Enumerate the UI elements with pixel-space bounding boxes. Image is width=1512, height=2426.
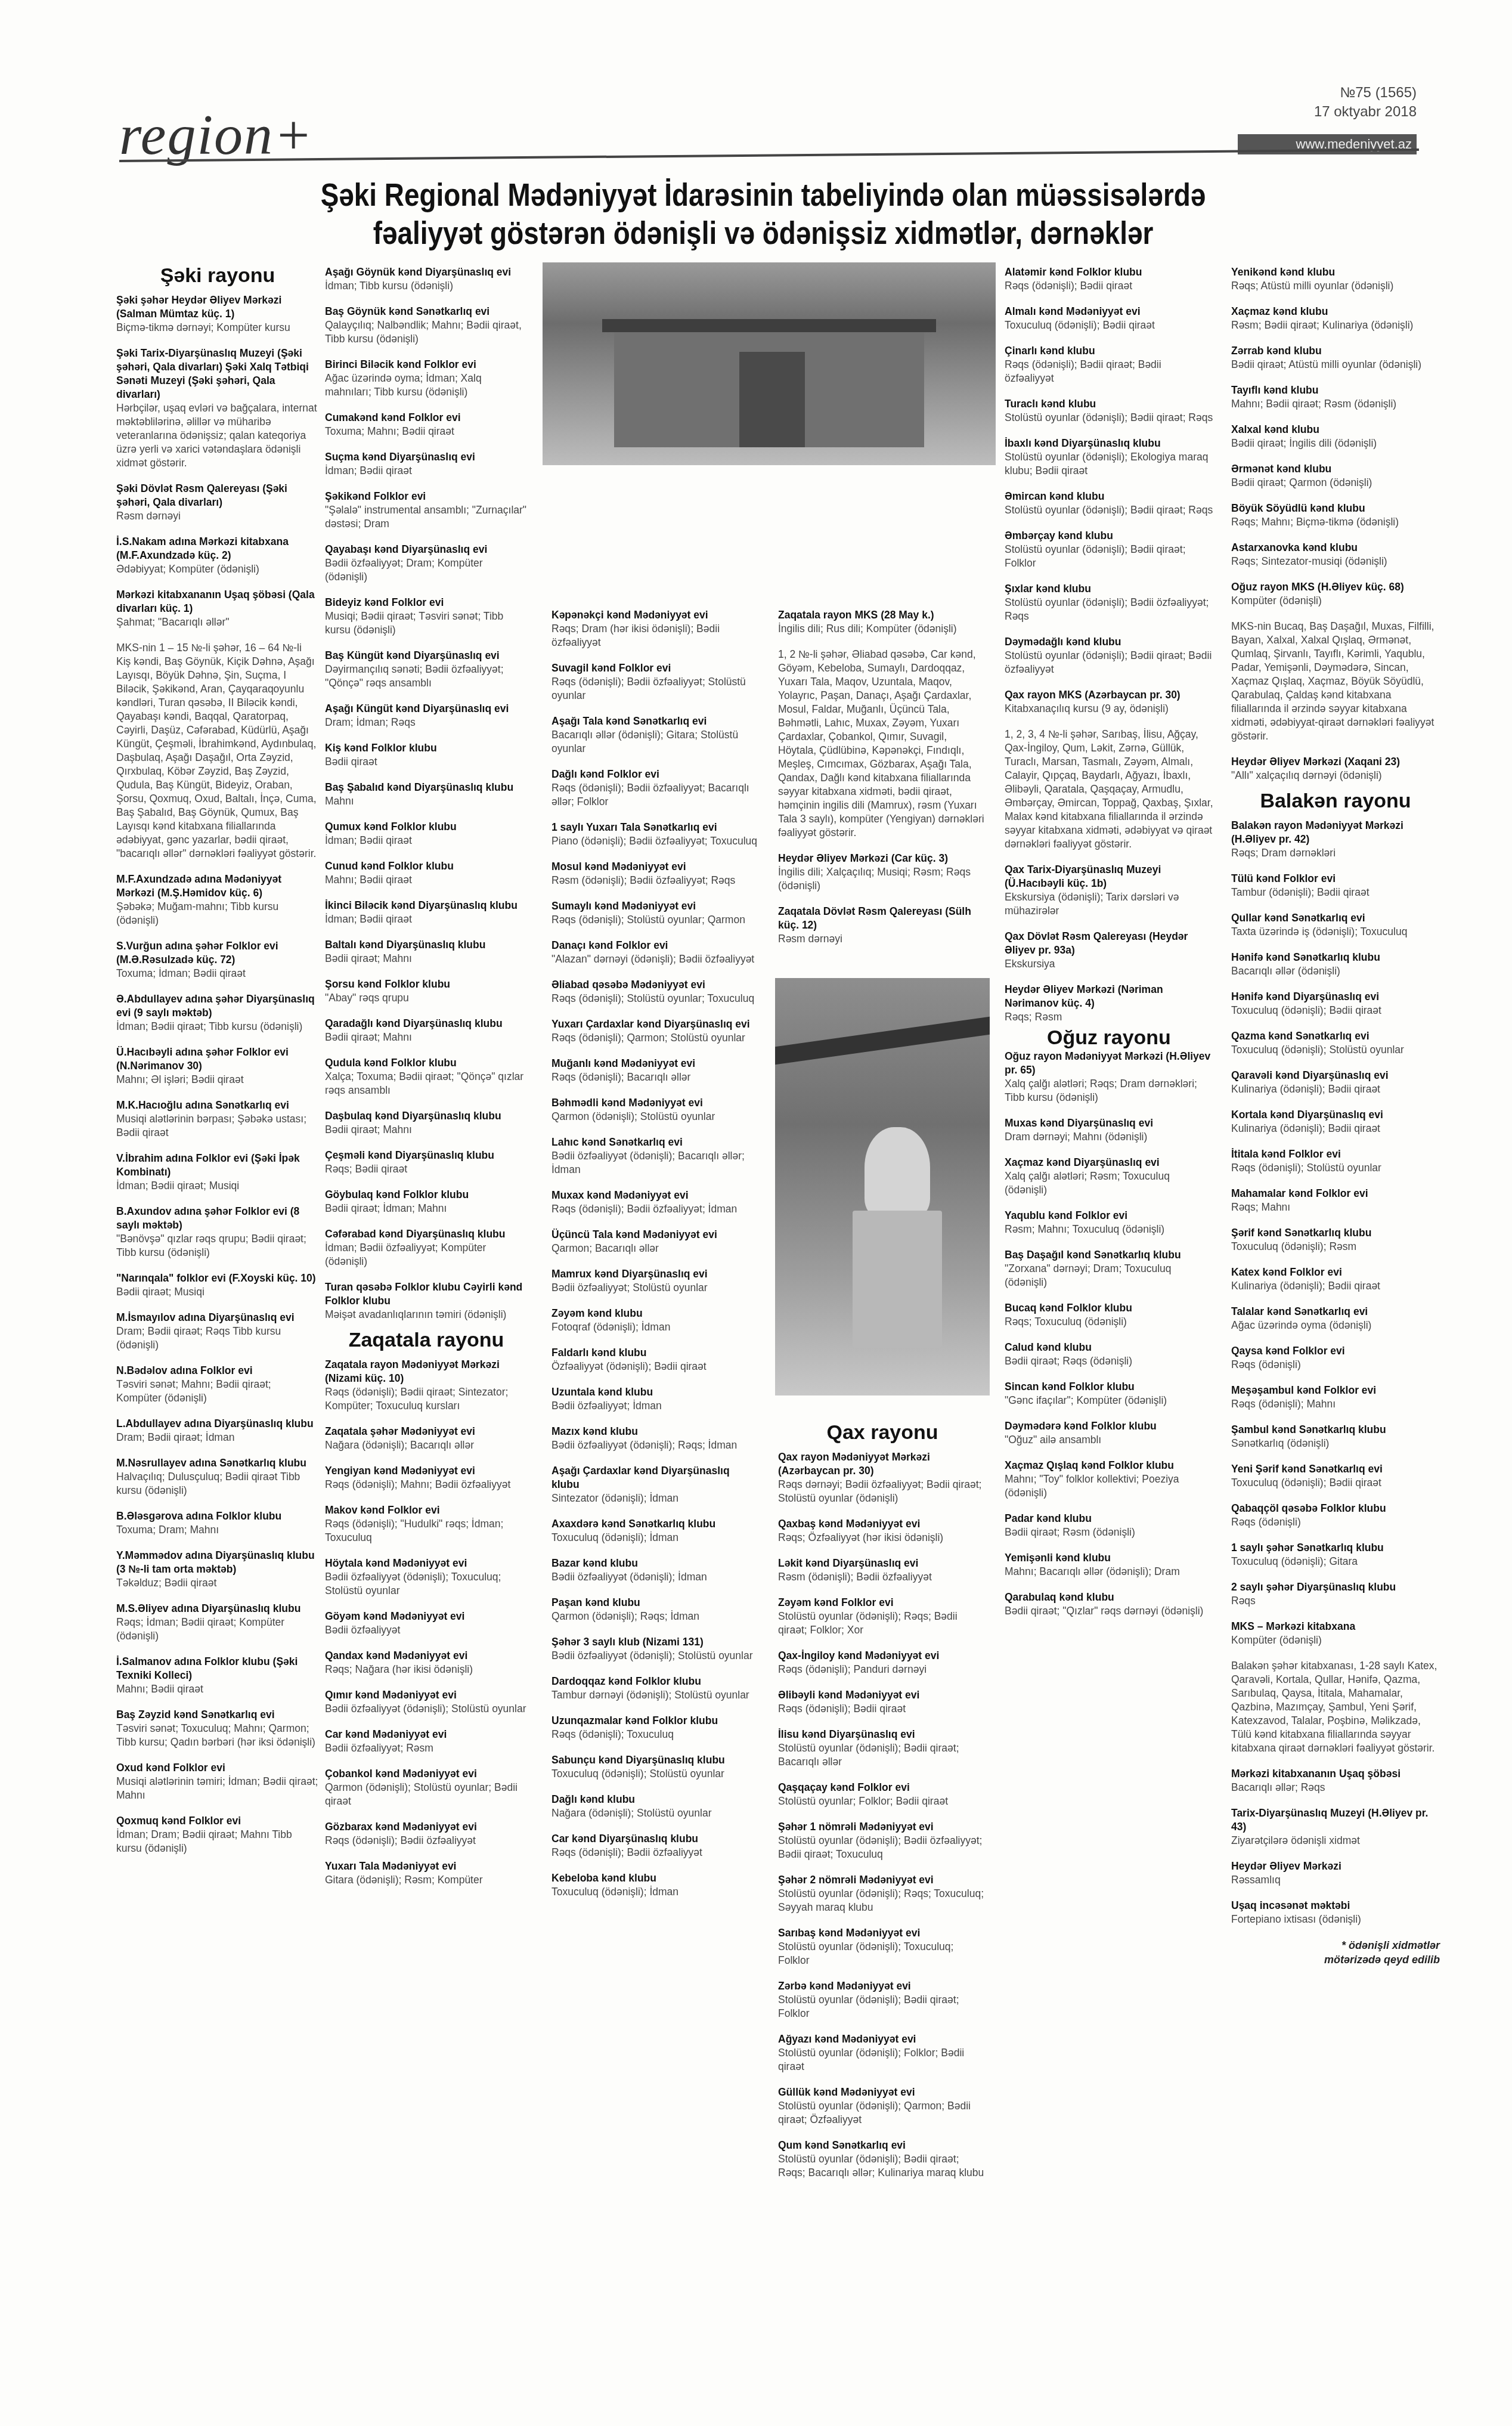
services-list: Rəqs (ödənişli); Stolüstü oyunlar; Toxuc… (551, 992, 760, 1005)
entry-list: Heydər Əliyev Mərkəzi (Xaqani 23)"Allı" … (1231, 755, 1440, 782)
list-item: Xaçmaz Qışlaq kənd Folklor klubuMahnı; "… (1005, 1459, 1213, 1500)
services-list: Təsviri sənət; Toxuculuq; Mahnı; Qarmon;… (116, 1722, 319, 1749)
bust-monument-photo (775, 978, 990, 1395)
list-item: Tayıflı kənd klubuMahnı; Bədii qiraət; R… (1231, 383, 1440, 411)
list-item: 1 saylı Yuxarı Tala Sənətkarlıq eviPiano… (551, 821, 760, 848)
institution-name: Kəpənəkçi kənd Mədəniyyət evi (551, 608, 760, 622)
institution-name: Şəhər 3 saylı klub (Nizami 131) (551, 1635, 760, 1649)
institution-name: Qazma kənd Sənətkarlıq evi (1231, 1029, 1440, 1043)
services-list: Rəqs (ödənişli); Stolüstü oyunlar; Qarmo… (551, 913, 760, 927)
services-list: Rəqs; Atüstü milli oyunlar (ödənişli) (1231, 279, 1440, 293)
institution-name: Daşbulaq kənd Diyarşünaslıq klubu (325, 1109, 528, 1123)
list-item: Ləkit kənd Diyarşünaslıq eviRəsm (ödəniş… (778, 1557, 987, 1584)
list-item: S.Vurğun adına şəhər Folklor evi (M.Ə.Rə… (116, 939, 319, 980)
title-line-2: fəaliyyət göstərən ödənişli və ödənişsiz… (267, 214, 1260, 252)
library-branches-paragraph: MKS-nin Bucaq, Baş Daşağıl, Muxas, Filfi… (1231, 620, 1440, 743)
institution-name: Şəhər 2 nömrəli Mədəniyyət evi (778, 1873, 987, 1887)
services-list: İdman; Bədii qiraət (325, 464, 528, 478)
list-item: Faldarlı kənd klubuÖzfəaliyyət (ödənişli… (551, 1346, 760, 1373)
institution-name: Birinci Biləcik kənd Folklor evi (325, 358, 528, 372)
services-list: Stolüstü oyunlar (ödənişli); Qarmon; Bəd… (778, 2099, 987, 2127)
institution-name: Qabaqçöl qəsəbə Folklor klubu (1231, 1502, 1440, 1515)
services-list: Rəqs; Dram dərnəkləri (1231, 846, 1440, 860)
services-list: Rəqs (ödənişli); Toxuculuq (551, 1728, 760, 1741)
services-list: Stolüstü oyunlar (ödənişli); Bədii qiraə… (1005, 411, 1213, 425)
list-item: Sabunçu kənd Diyarşünaslıq klubuToxuculu… (551, 1753, 760, 1781)
institution-name: Yaqublu kənd Folklor evi (1005, 1209, 1213, 1223)
institution-name: Uşaq incəsənət məktəbi (1231, 1899, 1440, 1913)
institution-name: Əmircan kənd klubu (1005, 490, 1213, 503)
services-list: Təsviri sənət; Mahnı; Bədii qiraət; Komp… (116, 1378, 319, 1405)
list-item: Bəhmədli kənd Mədəniyyət eviQarmon (ödən… (551, 1096, 760, 1124)
services-list: Rəqs (ödənişli); Bədii özfəaliyyət; Stol… (551, 675, 760, 703)
services-list: Toxuculuq (ödənişli); Stolüstü oyunlar (551, 1767, 760, 1781)
institution-name: İbaxlı kənd Diyarşünaslıq klubu (1005, 437, 1213, 450)
institution-name: Əmbərçay kənd klubu (1005, 529, 1213, 543)
list-item: Y.Məmmədov adına Diyarşünaslıq klubu (3 … (116, 1549, 319, 1590)
list-item: Mazıx kənd klubuBədii özfəaliyyət (ödəni… (551, 1425, 760, 1452)
services-list: İdman; Tibb kursu (ödənişli) (325, 279, 528, 293)
list-item: M.F.Axundzadə adına Mədəniyyət Mərkəzi (… (116, 872, 319, 927)
services-list: Dəyirmançılıq sənəti; Bədii özfəaliyyət;… (325, 663, 528, 690)
services-list: Bədii özfəaliyyət; İdman (551, 1399, 760, 1413)
list-item: MKS – Mərkəzi kitabxanaKompüter (ödənişl… (1231, 1620, 1440, 1647)
institution-name: Cunud kənd Folklor klubu (325, 859, 528, 873)
services-list: Stolüstü oyunlar; Folklor; Bədii qiraət (778, 1794, 987, 1808)
column-zaqatala-1: Kəpənəkçi kənd Mədəniyyət eviRəqs; Dram … (551, 608, 760, 1911)
institution-name: Xaçmaz kənd klubu (1231, 305, 1440, 318)
services-list: Qarmon (ödənişli); Stolüstü oyunlar; Bəd… (325, 1781, 528, 1808)
list-item: Əmircan kənd klubuStolüstü oyunlar (ödən… (1005, 490, 1213, 517)
services-list: Bacarıqlı əllər (ödənişli) (1231, 964, 1440, 978)
page-title: Şəki Regional Mədəniyyət İdarəsinin tabe… (267, 176, 1260, 252)
services-list: Bədii qiraət; Rəsm (ödənişli) (1005, 1525, 1213, 1539)
services-list: Məişət avadanlıqlarının təmiri (ödənişli… (325, 1308, 528, 1322)
services-list: Rəqs (ödənişli); Bədii özfəaliyyət; İdma… (551, 1202, 760, 1216)
services-list: Xalq çalğı alətləri; Rəsm; Toxuculuq (öd… (1005, 1169, 1213, 1197)
list-item: Turaclı kənd klubuStolüstü oyunlar (ödən… (1005, 397, 1213, 425)
institution-name: Muxax kənd Mədəniyyət evi (551, 1189, 760, 1202)
institution-name: Dardoqqaz kənd Folklor klubu (551, 1675, 760, 1688)
list-item: Şambul kənd Sənətkarlıq klubuSənətkarlıq… (1231, 1423, 1440, 1450)
services-list: Rəqs (ödənişli); Panduri dərnəyi (778, 1663, 987, 1676)
services-list: "Oğuz" ailə ansamblı (1005, 1433, 1213, 1447)
institution-name: Əliabad qəsəbə Mədəniyyət evi (551, 978, 760, 992)
institution-name: Yenikənd kənd klubu (1231, 265, 1440, 279)
entry-list: Şəki şəhər Heydər Əliyev Mərkəzi (Salman… (116, 293, 319, 629)
institution-name: Qudula kənd Folklor klubu (325, 1056, 528, 1070)
services-list: Bədii qiraət; İdman; Mahnı (325, 1202, 528, 1215)
institution-name: Şəki şəhər Heydər Əliyev Mərkəzi (Salman… (116, 293, 319, 321)
list-item: Baltalı kənd Diyarşünaslıq klubuBədii qi… (325, 938, 528, 966)
services-list: Mahnı; Bədii qiraət (116, 1682, 319, 1696)
list-item: Meşəşambul kənd Folklor eviRəqs (ödənişl… (1231, 1384, 1440, 1411)
services-list: Kulinariya (ödənişli); Bədii qiraət (1231, 1082, 1440, 1096)
masthead: region+ №75 (1565) 17 oktyabr 2018 www.m… (0, 0, 1512, 179)
list-item: Zərrab kənd klubuBədii qiraət; Atüstü mi… (1231, 344, 1440, 372)
list-item: B.Axundov adına şəhər Folklor evi (8 say… (116, 1205, 319, 1260)
institution-name: Oğuz rayon MKS (H.Əliyev küç. 68) (1231, 580, 1440, 594)
list-item: Axaxdərə kənd Sənətkarlıq klubuToxuculuq… (551, 1517, 760, 1545)
institution-name: Mahamalar kənd Folklor evi (1231, 1187, 1440, 1200)
list-item: Bideyiz kənd Folklor eviMusiqi; Bədii qi… (325, 596, 528, 637)
institution-name: Xaçmaz Qışlaq kənd Folklor klubu (1005, 1459, 1213, 1472)
services-list: Tambur (ödənişli); Bədii qiraət (1231, 886, 1440, 899)
list-item: Mahamalar kənd Folklor eviRəqs; Mahnı (1231, 1187, 1440, 1214)
list-item: Heydər Əliyev Mərkəzi (Xaqani 23)"Allı" … (1231, 755, 1440, 782)
services-list: Bədii qiraət; Atüstü milli oyunlar (ödən… (1231, 358, 1440, 372)
list-item: Qax rayon MKS (Azərbaycan pr. 30)Kitabxa… (1005, 688, 1213, 716)
issue-date: 17 oktyabr 2018 (1314, 103, 1417, 122)
list-item: Bazar kənd klubuBədii özfəaliyyət (ödəni… (551, 1557, 760, 1584)
list-item: Sarıbaş kənd Mədəniyyət eviStolüstü oyun… (778, 1926, 987, 1967)
list-item: Mərkəzi kitabxananın Uşaq şöbəsi (Qala d… (116, 588, 319, 629)
list-item: Qaradağlı kənd Diyarşünaslıq klubuBədii … (325, 1017, 528, 1044)
services-list: Mahnı (325, 794, 528, 808)
entry-list: Balakən rayon Mədəniyyət Mərkəzi (H.Əliy… (1231, 819, 1440, 1647)
services-list: Rəssamlıq (1231, 1873, 1440, 1887)
services-list: Bədii qiraət; Rəqs (ödənişli) (1005, 1354, 1213, 1368)
services-list: Rəqs; Nağara (hər ikisi ödənişli) (325, 1663, 528, 1676)
list-item: 2 saylı şəhər Diyarşünaslıq klubuRəqs (1231, 1580, 1440, 1608)
services-list: Rəqs; Mahnı; Biçmə-tikmə (ödənişli) (1231, 515, 1440, 529)
column-oguz-balaken: Yenikənd kənd klubuRəqs; Atüstü milli oy… (1231, 265, 1440, 1967)
institution-name: Aşağı Tala kənd Sənətkarlıq evi (551, 714, 760, 728)
entry-list: Alatəmir kənd Folklor klubuRəqs (ödənişl… (1005, 265, 1213, 716)
institution-name: Heydər Əliyev Mərkəzi (Car küç. 3) (778, 852, 987, 865)
institution-name: Qaşqaçay kənd Folklor evi (778, 1781, 987, 1794)
services-list: Toxuculuq (ödənişli); Bədii qiraət (1005, 318, 1213, 332)
services-list: Sənətkarlıq (ödənişli) (1231, 1437, 1440, 1450)
institution-name: Qaxbaş kənd Mədəniyyət evi (778, 1517, 987, 1531)
services-list: Halvaçılıq; Dulusçuluq; Bədii qiraət Tib… (116, 1470, 319, 1497)
institution-name: Bəhmədli kənd Mədəniyyət evi (551, 1096, 760, 1110)
list-item: Qax rayon Mədəniyyət Mərkəzi (Azərbaycan… (778, 1450, 987, 1505)
institution-name: M.K.Hacıoğlu adına Sənətkarlıq evi (116, 1098, 319, 1112)
list-item: Tarix-Diyarşünaslıq Muzeyi (H.Əliyev pr.… (1231, 1806, 1440, 1848)
services-list: Rəqs (ödənişli); Mahnı (1231, 1397, 1440, 1411)
list-item: Zaqatala rayon Mədəniyyət Mərkəzi (Nizam… (325, 1358, 528, 1413)
institution-name: Katex kənd Folklor evi (1231, 1265, 1440, 1279)
institution-name: Yemişənli kənd klubu (1005, 1551, 1213, 1565)
institution-name: Qımır kənd Mədəniyyət evi (325, 1688, 528, 1702)
services-list: Kitabxanaçılıq kursu (9 ay, ödənişli) (1005, 702, 1213, 716)
services-list: Toxuculuq (ödənişli); Bədii qiraət (1231, 1476, 1440, 1490)
bust-pedestal (853, 1211, 942, 1348)
list-item: Talalar kənd Sənətkarlıq eviAğac üzərind… (1231, 1305, 1440, 1332)
list-item: Qaysa kənd Folklor eviRəqs (ödənişli) (1231, 1344, 1440, 1372)
services-list: Toxuculuq (ödənişli); İdman (551, 1531, 760, 1545)
list-item: Çinarlı kənd klubuRəqs (ödənişli); Bədii… (1005, 344, 1213, 385)
list-item: Mərkəzi kitabxananın Uşaq şöbəsiBacarıql… (1231, 1767, 1440, 1794)
services-list: Rəsm; Bədii qiraət; Kulinariya (ödənişli… (1231, 318, 1440, 332)
list-item: Aşağı Tala kənd Sənətkarlıq eviBacarıqlı… (551, 714, 760, 756)
institution-name: MKS – Mərkəzi kitabxana (1231, 1620, 1440, 1633)
list-item: Zəyəm kənd klubuFotoqraf (ödənişli); İdm… (551, 1307, 760, 1334)
issue-info: №75 (1565) 17 oktyabr 2018 (1314, 83, 1417, 122)
institution-name: Göyəm kənd Mədəniyyət evi (325, 1610, 528, 1623)
list-item: Almalı kənd Mədəniyyət eviToxuculuq (ödə… (1005, 305, 1213, 332)
institution-name: Kebeloba kənd klubu (551, 1871, 760, 1885)
list-item: Kebeloba kənd klubuToxuculuq (ödənişli);… (551, 1871, 760, 1899)
list-item: Aşağı Çardaxlar kənd Diyarşünaslıq klubu… (551, 1464, 760, 1505)
list-item: İ.Salmanov adına Folklor klubu (Şəki Tex… (116, 1655, 319, 1696)
institution-name: Heydər Əliyev Mərkəzi (Xaqani 23) (1231, 755, 1440, 769)
list-item: Şəki şəhər Heydər Əliyev Mərkəzi (Salman… (116, 293, 319, 335)
list-item: Astarxanovka kənd klubuRəqs; Sintezator-… (1231, 541, 1440, 568)
institution-name: Bucaq kənd Folklor klubu (1005, 1301, 1213, 1315)
services-list: Musiqi alətlərinin bərpası; Şəbəkə ustas… (116, 1112, 319, 1140)
services-list: İngilis dili; Rus dili; Kompüter (ödəniş… (778, 622, 987, 636)
services-list: Qarmon (ödənişli); Stolüstü oyunlar (551, 1110, 760, 1124)
services-list: Nağara (ödənişli); Stolüstü oyunlar (551, 1806, 760, 1820)
institution-name: Mosul kənd Mədəniyyət evi (551, 860, 760, 874)
list-item: Ağyazı kənd Mədəniyyət eviStolüstü oyunl… (778, 2032, 987, 2074)
list-item: Mosul kənd Mədəniyyət eviRəsm (ödənişli)… (551, 860, 760, 887)
list-item: Göyəm kənd Mədəniyyət eviBədii özfəaliyy… (325, 1610, 528, 1637)
library-branches-paragraph: MKS-nin 1 – 15 №-li şəhər, 16 – 64 №-li … (116, 641, 319, 861)
entry-list: Oğuz rayon Mədəniyyət Mərkəzi (H.Əliyev … (1005, 1050, 1213, 1618)
services-list: Rəqs; Sintezator-musiqi (ödənişli) (1231, 555, 1440, 568)
services-list: Bədii özfəaliyyət (325, 1623, 528, 1637)
list-item: Dağlı kənd klubuNağara (ödənişli); Stolü… (551, 1793, 760, 1820)
institution-name: Şıxlar kənd klubu (1005, 582, 1213, 596)
list-item: Lahıc kənd Sənətkarlıq eviBədii özfəaliy… (551, 1135, 760, 1177)
list-item: Hənifə kənd Diyarşünaslıq eviToxuculuq (… (1231, 990, 1440, 1017)
institution-name: Lahıc kənd Sənətkarlıq evi (551, 1135, 760, 1149)
services-list: Stolüstü oyunlar (ödənişli); Bədii qiraə… (778, 1741, 987, 1769)
institution-name: Dağlı kənd Folklor evi (551, 768, 760, 781)
list-item: Yeni Şərif kənd Sənətkarlıq eviToxuculuq… (1231, 1462, 1440, 1490)
services-list: Bədii özfəaliyyət (ödənişli); Rəqs; İdma… (551, 1438, 760, 1452)
list-item: Dəymədağlı kənd klubuStolüstü oyunlar (ö… (1005, 635, 1213, 676)
list-item: İkinci Biləcik kənd Diyarşünaslıq klubuİ… (325, 899, 528, 926)
list-item: M.K.Hacıoğlu adına Sənətkarlıq eviMusiqi… (116, 1098, 319, 1140)
institution-name: Qax rayon Mədəniyyət Mərkəzi (Azərbaycan… (778, 1450, 987, 1478)
list-item: Qax Tarix-Diyarşünaslıq Muzeyi (Ü.Hacıbə… (1005, 863, 1213, 918)
list-item: Çeşməli kənd Diyarşünaslıq klubuRəqs; Bə… (325, 1149, 528, 1176)
services-list: Ağac üzərində oyma; İdman; Xalq mahnılar… (325, 372, 528, 399)
institution-name: Suçma kənd Diyarşünaslıq evi (325, 450, 528, 464)
services-list: Mahnı; Bacarıqlı əllər (ödənişli); Dram (1005, 1565, 1213, 1579)
institution-name: Hənifə kənd Sənətkarlıq klubu (1231, 951, 1440, 964)
services-list: Ağac üzərində oyma (ödənişli) (1231, 1319, 1440, 1332)
institution-name: Yuxarı Tala Mədəniyyət evi (325, 1859, 528, 1873)
institution-name: Calud kənd klubu (1005, 1341, 1213, 1354)
footnote-line-2: mötərizədə qeyd edilib (1231, 1952, 1440, 1967)
list-item: Göybulaq kənd Folklor klubuBədii qiraət;… (325, 1188, 528, 1215)
list-item: Şəki Tarix-Diyarşünaslıq Muzeyi (Şəki şə… (116, 346, 319, 470)
services-list: "Zorxana" dərnəyi; Dram; Toxuculuq (ödən… (1005, 1262, 1213, 1289)
list-item: Suvagil kənd Folklor eviRəqs (ödənişli);… (551, 661, 760, 703)
services-list: Rəqs (ödənişli); Bədii özfəaliyyət (325, 1834, 528, 1848)
services-list: Stolüstü oyunlar (ödənişli); Rəqs; Bədii… (778, 1610, 987, 1637)
institution-name: Uzunqazmalar kənd Folklor klubu (551, 1714, 760, 1728)
list-item: Ü.Hacıbəyli adına şəhər Folklor evi (N.N… (116, 1045, 319, 1087)
services-list: Dram; İdman; Rəqs (325, 716, 528, 729)
list-item: Əmbərçay kənd klubuStolüstü oyunlar (ödə… (1005, 529, 1213, 570)
entry-list: Aşağı Göynük kənd Diyarşünaslıq eviİdman… (325, 265, 528, 1322)
institution-name: Üçüncü Tala kənd Mədəniyyət evi (551, 1228, 760, 1242)
institution-name: Çinarlı kənd klubu (1005, 344, 1213, 358)
list-item: Oxud kənd Folklor eviMusiqi alətlərinin … (116, 1761, 319, 1802)
list-item: Baş Şabalıd kənd Diyarşünaslıq klubuMahn… (325, 781, 528, 808)
institution-name: Heydər Əliyev Mərkəzi (1231, 1859, 1440, 1873)
services-list: Rəqs (ödənişli); Bədii qiraət; Sintezato… (325, 1385, 528, 1413)
list-item: 1 saylı şəhər Sənətkarlıq klubuToxuculuq… (1231, 1541, 1440, 1568)
institution-name: Zəyəm kənd klubu (551, 1307, 760, 1320)
services-list: Ziyarətçilərə ödənişli xidmət (1231, 1834, 1440, 1848)
services-list: Toxuma; İdman; Bədii qiraət (116, 967, 319, 980)
services-list: Bacarıqlı əllər; Rəqs (1231, 1781, 1440, 1794)
list-item: Cumakənd kənd Folklor eviToxuma; Mahnı; … (325, 411, 528, 438)
institution-name: Güllük kənd Mədəniyyət evi (778, 2085, 987, 2099)
list-item: Katex kənd Folklor eviKulinariya (ödəniş… (1231, 1265, 1440, 1293)
services-list: Stolüstü oyunlar (ödənişli); Folklor; Bə… (778, 2046, 987, 2074)
list-item: Qaxbaş kənd Mədəniyyət eviRəqs; Özfəaliy… (778, 1517, 987, 1545)
services-list: Rəqs (ödənişli); Bacarıqlı əllər (551, 1070, 760, 1084)
institution-name: Tülü kənd Folklor evi (1231, 872, 1440, 886)
list-item: M.S.Əliyev adına Diyarşünaslıq klubuRəqs… (116, 1602, 319, 1643)
institution-name: Balakən rayon Mədəniyyət Mərkəzi (H.Əliy… (1231, 819, 1440, 846)
list-item: Şəhər 1 nömrəli Mədəniyyət eviStolüstü o… (778, 1820, 987, 1861)
issue-number: №75 (1565) (1314, 83, 1417, 103)
list-item: Birinci Biləcik kənd Folklor eviAğac üzə… (325, 358, 528, 399)
services-list: Tambur dərnəyi (ödənişli); Stolüstü oyun… (551, 1688, 760, 1702)
institution-name: Dəymədərə kənd Folklor klubu (1005, 1419, 1213, 1433)
institution-name: Yeni Şərif kənd Sənətkarlıq evi (1231, 1462, 1440, 1476)
institution-name: Tarix-Diyarşünaslıq Muzeyi (H.Əliyev pr.… (1231, 1806, 1440, 1834)
services-list: Rəqs; Bədii qiraət (325, 1162, 528, 1176)
list-item: Daşbulaq kənd Diyarşünaslıq klubuBədii q… (325, 1109, 528, 1137)
services-list: Ekskursiya (1005, 957, 1213, 971)
list-item: Alatəmir kənd Folklor klubuRəqs (ödənişl… (1005, 265, 1213, 293)
institution-name: Turaclı kənd klubu (1005, 397, 1213, 411)
list-item: Heydər Əliyev Mərkəzi (Nəriman Nərimanov… (1005, 983, 1213, 1024)
region-heading: Zaqatala rayonu (325, 1333, 528, 1347)
institution-name: Muxas kənd Diyarşünaslıq evi (1005, 1116, 1213, 1130)
list-item: Şərif kənd Sənətkarlıq klubuToxuculuq (ö… (1231, 1226, 1440, 1254)
services-list: Biçmə-tikmə dərnəyi; Kompüter kursu (116, 321, 319, 335)
services-list: Stolüstü oyunlar (ödənişli); Bədii özfəa… (778, 1834, 987, 1861)
institution-name: Baş Göynük kənd Sənətkarlıq evi (325, 305, 528, 318)
services-list: Ekskursiya (ödənişli); Tarix dərsləri və… (1005, 890, 1213, 918)
institution-name: Talalar kənd Sənətkarlıq evi (1231, 1305, 1440, 1319)
list-item: Qoxmuq kənd Folklor eviİdman; Dram; Bədi… (116, 1814, 319, 1855)
institution-name: Ağyazı kənd Mədəniyyət evi (778, 2032, 987, 2046)
services-list: Bədii özfəaliyyət; Dram; Kompüter (ödəni… (325, 556, 528, 584)
entry-list: Mərkəzi kitabxananın Uşaq şöbəsiBacarıql… (1231, 1767, 1440, 1926)
list-item: Makov kənd Folklor eviRəqs (ödənişli); "… (325, 1503, 528, 1545)
services-list: Stolüstü oyunlar (ödənişli); Bədii qiraə… (1005, 543, 1213, 570)
list-item: Şəki Dövlət Rəsm Qalereyası (Şəki şəhəri… (116, 482, 319, 523)
institution-name: Yengiyan kənd Mədəniyyət evi (325, 1464, 528, 1478)
institution-name: S.Vurğun adına şəhər Folklor evi (M.Ə.Rə… (116, 939, 319, 967)
list-item: Qudula kənd Folklor klubuXalça; Toxuma; … (325, 1056, 528, 1097)
services-list: Stolüstü oyunlar (ödənişli); Bədii qiraə… (1005, 649, 1213, 676)
services-list: Ədəbiyyat; Kompüter (ödənişli) (116, 562, 319, 576)
header-divider (119, 148, 1419, 162)
list-item: Cunud kənd Folklor klubuMahnı; Bədii qir… (325, 859, 528, 887)
services-list: Rəqs; Toxuculuq (ödənişli) (1005, 1315, 1213, 1329)
list-item: Böyük Söyüdlü kənd klubuRəqs; Mahnı; Biç… (1231, 502, 1440, 529)
services-list: Dram; Bədii qiraət; İdman (116, 1431, 319, 1444)
institution-name: B.Axundov adına şəhər Folklor evi (8 say… (116, 1205, 319, 1232)
list-item: Yaqublu kənd Folklor eviRəsm; Mahnı; Tox… (1005, 1209, 1213, 1236)
list-item: Paşan kənd klubuQarmon (ödənişli); Rəqs;… (551, 1596, 760, 1623)
services-list: Rəqs (ödənişli) (1231, 1358, 1440, 1372)
entry-list: Heydər Əliyev Mərkəzi (Car küç. 3)İngili… (778, 852, 987, 946)
services-list: "Abay" rəqs qrupu (325, 991, 528, 1005)
institution-name: Qum kənd Sənətkarlıq evi (778, 2139, 987, 2152)
institution-name: Şərif kənd Sənətkarlıq klubu (1231, 1226, 1440, 1240)
services-list: "Bənövşə" qızlar rəqs qrupu; Bədii qiraə… (116, 1232, 319, 1260)
services-list: Qarmon (ödənişli); Rəqs; İdman (551, 1610, 760, 1623)
institution-name: Bideyiz kənd Folklor evi (325, 596, 528, 609)
institution-name: Car kənd Mədəniyyət evi (325, 1728, 528, 1741)
building-facade (775, 1017, 990, 1065)
region-heading: Qax rayonu (778, 1426, 987, 1440)
institution-name: Baş Zəyzid kənd Sənətkarlıq evi (116, 1708, 319, 1722)
services-list: Toxuculuq (ödənişli); Bədii qiraət (1231, 1004, 1440, 1017)
institution-name: İ.Salmanov adına Folklor klubu (Şəki Tex… (116, 1655, 319, 1682)
institution-name: Cumakənd kənd Folklor evi (325, 411, 528, 425)
list-item: Oğuz rayon Mədəniyyət Mərkəzi (H.Əliyev … (1005, 1050, 1213, 1104)
list-item: Üçüncü Tala kənd Mədəniyyət eviQarmon; B… (551, 1228, 760, 1255)
institution-name: Zaqatala şəhər Mədəniyyət evi (325, 1425, 528, 1438)
list-item: Baş Daşağıl kənd Sənətkarlıq klubu"Zorxa… (1005, 1248, 1213, 1289)
list-item: Heydər Əliyev Mərkəzi (Car küç. 3)İngili… (778, 852, 987, 893)
library-branches-paragraph: 1, 2, 3, 4 №-li şəhər, Sarıbaş, İlisu, A… (1005, 728, 1213, 851)
list-item: Zaqatala Dövlət Rəsm Qalereyası (Sülh kü… (778, 905, 987, 946)
services-list: Musiqi alətlərinin təmiri; İdman; Bədii … (116, 1775, 319, 1802)
list-item: "Narınqala" folklor evi (F.Xoyski küç. 1… (116, 1271, 319, 1299)
services-list: İdman; Bədii qiraət; Musiqi (116, 1179, 319, 1193)
institution-name: Sumaylı kənd Mədəniyyət evi (551, 899, 760, 913)
institution-name: Zaqatala rayon Mədəniyyət Mərkəzi (Nizam… (325, 1358, 528, 1385)
services-list: Sintezator (ödənişli); İdman (551, 1492, 760, 1505)
institution-name: Aşağı Küngüt kənd Diyarşünaslıq evi (325, 702, 528, 716)
institution-name: Alatəmir kənd Folklor klubu (1005, 265, 1213, 279)
services-list: Stolüstü oyunlar (ödənişli); Rəqs; Toxuc… (778, 1887, 987, 1914)
institution-name: Oğuz rayon Mədəniyyət Mərkəzi (H.Əliyev … (1005, 1050, 1213, 1077)
list-item: Muxas kənd Diyarşünaslıq eviDram dərnəyi… (1005, 1116, 1213, 1144)
services-list: "Şəlalə" instrumental ansamblı; "Zurnaçı… (325, 503, 528, 531)
services-list: Qalayçılıq; Nalbəndlik; Mahnı; Bədii qir… (325, 318, 528, 346)
services-list: Şəbəkə; Muğam-mahnı; Tibb kursu (ödənişl… (116, 900, 319, 927)
list-item: Yengiyan kənd Mədəniyyət eviRəqs (ödəniş… (325, 1464, 528, 1492)
services-list: Mahnı; "Toy" folklor kollektivi; Poeziya… (1005, 1472, 1213, 1500)
services-list: Gitara (ödənişli); Rəsm; Kompüter (325, 1873, 528, 1887)
services-list: İdman; Bədii qiraət; Tibb kursu (ödənişl… (116, 1020, 319, 1033)
list-item: Qandax kənd Mədəniyyət eviRəqs; Nağara (… (325, 1649, 528, 1676)
services-list: Rəqs (ödənişli); Bədii qiraət; Bədii özf… (1005, 358, 1213, 385)
institution-name: Kiş kənd Folklor klubu (325, 741, 528, 755)
list-item: Qullar kənd Sənətkarlıq eviTaxta üzərind… (1231, 911, 1440, 939)
services-list: Rəqs (1231, 1594, 1440, 1608)
column-qax-2: Alatəmir kənd Folklor klubuRəqs (ödənişl… (1005, 265, 1213, 1630)
institution-name: B.Ələsgərova adına Folklor klubu (116, 1509, 319, 1523)
entry-list: Zaqatala rayon Mədəniyyət Mərkəzi (Nizam… (325, 1358, 528, 1887)
services-list: Bədii özfəaliyyət (ödənişli); Toxuculuq;… (325, 1570, 528, 1598)
institution-name: Şəkikənd Folklor evi (325, 490, 528, 503)
building-photo (543, 262, 996, 465)
list-item: Zaqatala şəhər Mədəniyyət eviNağara (ödə… (325, 1425, 528, 1452)
services-list: Rəqs dərnəyi; Bədii özfəaliyyət; Bədii q… (778, 1478, 987, 1505)
list-item: Muğanlı kənd Mədəniyyət eviRəqs (ödənişl… (551, 1057, 760, 1084)
region-heading: Balakən rayonu (1231, 794, 1440, 808)
list-item: Car kənd Diyarşünaslıq klubuRəqs (ödəniş… (551, 1832, 760, 1859)
